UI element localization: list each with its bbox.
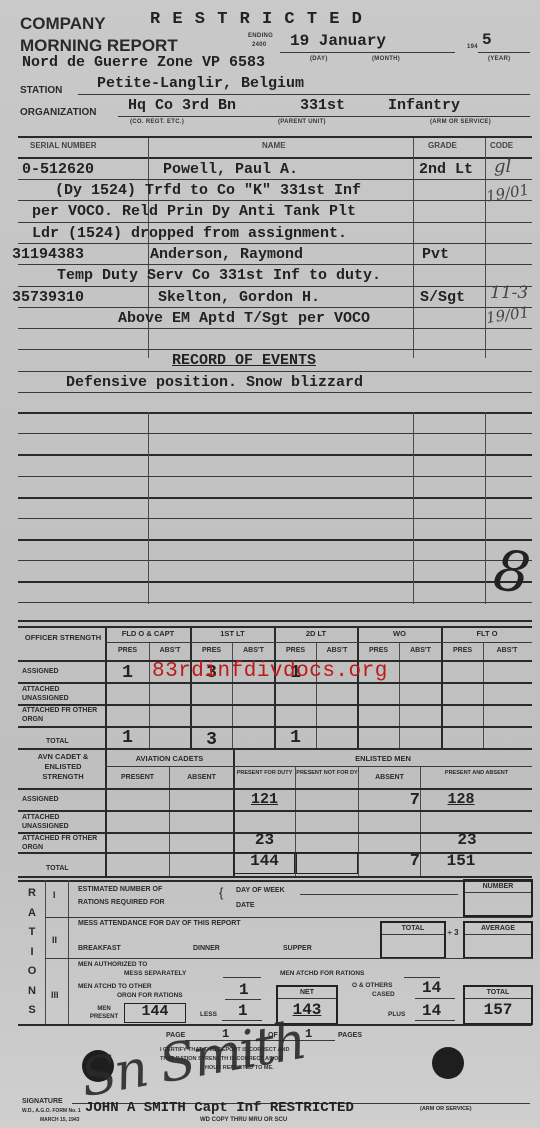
- net-box-rule: [278, 998, 336, 999]
- sub-abst: ABS'T: [233, 647, 274, 654]
- mess-total-rule: [382, 934, 444, 935]
- officer-col-divider: [483, 643, 484, 748]
- column-header-code: CODE: [490, 141, 513, 150]
- enlisted-row-rule: [18, 810, 532, 812]
- roster-code-handwritten: gl: [494, 156, 511, 177]
- roster-grade: 2nd Lt: [419, 161, 473, 178]
- number-box-rule: [465, 892, 531, 893]
- average-rule: [465, 934, 531, 935]
- men-atchd-for-rations-label: MEN ATCHD FOR RATIONS: [280, 970, 364, 977]
- enlisted-col-divider: [105, 748, 107, 876]
- sub-month: (MONTH): [372, 56, 400, 62]
- org-parent-unit: 331st: [300, 97, 345, 114]
- record-of-events-text: Defensive position. Snow blizzard: [66, 374, 363, 391]
- events-line: [18, 371, 532, 372]
- officer-group-2d-lt: 2D LT: [275, 629, 357, 638]
- em-total-not-duty-box: [296, 852, 358, 874]
- year-prefix: 194: [467, 44, 478, 50]
- rations-total-rule: [465, 998, 531, 999]
- enlisted-row-label: ATTACHED UNASSIGNED: [22, 813, 102, 831]
- location-coordinates: Nord de Guerre Zone VP 6583: [22, 54, 265, 71]
- rations-letter: R: [24, 884, 40, 904]
- rations-total-value: 157: [465, 1001, 531, 1019]
- roster-remark: Temp Duty Serv Co 331st Inf to duty.: [57, 267, 381, 284]
- officer-col-divider: [149, 643, 150, 748]
- section-rule: [45, 917, 532, 918]
- blank-line: [18, 602, 532, 603]
- blank-line: [18, 539, 532, 541]
- section-i-line2: RATIONS REQUIRED FOR: [78, 899, 165, 906]
- officer-col-divider: [399, 643, 400, 748]
- report-date: 19 January: [290, 32, 386, 50]
- roster-remark: per VOCO. Reld Prin Dy Anti Tank Plt: [32, 203, 356, 220]
- roster-grade: Pvt: [422, 246, 449, 263]
- enlisted-subheader-rule: [105, 766, 532, 767]
- sub-abst: ABS'T: [150, 647, 190, 654]
- organization-underline: [118, 116, 530, 117]
- officer-total-1stlt-pres: 3: [191, 730, 232, 750]
- form-date: MARCH 15, 1943: [40, 1117, 79, 1123]
- roster-serial: 31194383: [12, 246, 84, 263]
- plus-label: PLUS: [388, 1011, 405, 1018]
- roster-serial: 35739310: [12, 289, 84, 306]
- section-i-line1: ESTIMATED NUMBER OF: [78, 886, 162, 893]
- copy-routing-note: WD COPY THRU MRU OR SCU: [200, 1117, 287, 1123]
- plus-line: [415, 1020, 455, 1021]
- roster-top-rule: [18, 136, 532, 138]
- org-arm-service: Infantry: [388, 97, 460, 114]
- signer-name-typed: JOHN A SMITH Capt Inf RESTRICTED: [85, 1100, 354, 1116]
- rations-letter: N: [24, 982, 40, 1002]
- roster-name: Skelton, Gordon H.: [158, 289, 320, 306]
- roster-divider-grade: [485, 138, 486, 358]
- officer-row-label: ATTACHED UNASSIGNED: [22, 685, 102, 703]
- day-of-week-line: [300, 894, 458, 895]
- morning-report-form: COMPANY R E S T R I C T E D MORNING REPO…: [0, 0, 540, 1128]
- officer-strength-title: OFFICER STRENGTH: [24, 633, 102, 643]
- less-label: LESS: [200, 1011, 217, 1018]
- roster-remark: Ldr (1524) dropped from assignment.: [32, 225, 347, 242]
- station-label: STATION: [20, 85, 62, 96]
- rations-letter: S: [24, 1001, 40, 1021]
- sub-pres: PRES: [275, 647, 316, 654]
- roster-line: [18, 222, 532, 223]
- plus-value: 14: [422, 1002, 441, 1020]
- roster-header-rule: [18, 157, 532, 159]
- form-number: W.D., A.G.O. FORM No. 1: [22, 1108, 81, 1114]
- enlisted-strength-title: AVN CADET & ENLISTED STRENGTH: [24, 752, 102, 782]
- rations-letter: I: [24, 943, 40, 963]
- sub-parent-unit: (PARENT UNIT): [278, 119, 326, 125]
- blank-line: [18, 476, 532, 477]
- supper-label: SUPPER: [283, 945, 312, 952]
- enlisted-row-rule: [18, 788, 532, 790]
- roster-line: [18, 286, 532, 287]
- enlisted-row-label: ATTACHED FR OTHER ORGN: [22, 834, 102, 852]
- sub-day: (DAY): [310, 56, 328, 62]
- sub-arm-service: (ARM OR SERVICE): [430, 119, 491, 125]
- sub-abst: ABS'T: [400, 647, 441, 654]
- dinner-label: DINNER: [193, 945, 220, 952]
- col-em-present-for-duty: PRESENT FOR DUTY: [234, 769, 295, 777]
- record-of-events-title: RECORD OF EVENTS: [172, 352, 316, 369]
- officer-row-label: TOTAL: [46, 738, 69, 745]
- officer-col-divider: [357, 626, 359, 748]
- blank-line: [18, 518, 532, 519]
- em-total-present-duty: 144: [234, 852, 295, 870]
- column-header-serial: SERIAL NUMBER: [30, 141, 97, 150]
- roster-line: [18, 264, 532, 265]
- blank-line: [18, 454, 532, 456]
- handwritten-margin-mark: 8: [490, 538, 534, 607]
- blank-line: [18, 412, 532, 414]
- divide-by-three: ÷ 3: [447, 928, 459, 938]
- officer-row-label: ATTACHED FR OTHER ORGN: [22, 706, 102, 724]
- roster-line: [18, 243, 532, 244]
- roster-name: Anderson, Raymond: [150, 246, 303, 263]
- orgn-for-rations-label: ORGN FOR RATIONS: [117, 992, 183, 999]
- form-title-company: COMPANY: [20, 14, 106, 34]
- mess-separately-label: MESS SEPARATELY: [124, 970, 186, 977]
- cased-label: CASED: [372, 991, 395, 998]
- roster-line: [18, 328, 532, 329]
- rations-top: [18, 880, 532, 882]
- blank-divider: [413, 412, 414, 604]
- roster-code-handwritten: 11-3: [490, 283, 528, 303]
- o-others-line: [415, 998, 455, 999]
- roster-line: [18, 179, 532, 180]
- group-aviation-cadets: AVIATION CADETS: [106, 754, 233, 763]
- section-i-numeral: I: [53, 890, 56, 900]
- net-label: NET: [278, 989, 336, 996]
- blank-divider: [148, 412, 149, 604]
- col-avn-absent: ABSENT: [170, 774, 233, 781]
- men-present-value: 144: [126, 1003, 184, 1020]
- section-ii-numeral: II: [52, 935, 57, 945]
- sub-year: (YEAR): [488, 56, 510, 62]
- sub-pres: PRES: [358, 647, 399, 654]
- col-em-present-not-for-duty: PRESENT NOT FOR DY: [296, 769, 358, 777]
- number-label: NUMBER: [465, 883, 531, 890]
- roster-code-date-note: 19/01: [485, 180, 531, 205]
- officer-subheader-rule: [105, 642, 532, 643]
- group-enlisted-men: ENLISTED MEN: [234, 754, 532, 763]
- blank-line: [18, 581, 532, 583]
- enlisted-row-label: ASSIGNED: [22, 796, 59, 803]
- officer-col-divider: [316, 643, 317, 748]
- atchd-other-line: [225, 999, 261, 1000]
- year-underline: [478, 52, 530, 53]
- col-em-present-and-absent: PRESENT AND ABSENT: [421, 769, 532, 777]
- roster-name: Powell, Paul A.: [163, 161, 298, 178]
- mess-attendance-title: MESS ATTENDANCE FOR DAY OF THIS REPORT: [78, 920, 241, 927]
- blank-divider: [485, 412, 486, 604]
- signature-label: SIGNATURE: [22, 1098, 63, 1105]
- roster-line: [18, 349, 532, 350]
- em-total-grand: 151: [421, 852, 501, 870]
- section-iii-numeral: III: [51, 990, 59, 1000]
- pages-label: PAGES: [338, 1032, 362, 1039]
- sub-co-regt: (CO. REGT. ETC.): [130, 119, 184, 125]
- officer-assigned-fld-pres: 1: [106, 663, 149, 683]
- roster-line: [18, 200, 532, 201]
- org-company: Hq Co 3rd Bn: [128, 97, 236, 114]
- enlisted-col-divider: [169, 767, 170, 876]
- arm-service-label: (ARM OR SERVICE): [420, 1106, 472, 1112]
- men-atchd-other-label: MEN ATCHD TO OTHER: [78, 983, 152, 990]
- em-assigned-absent: 7: [359, 791, 420, 810]
- sub-abst: ABS'T: [317, 647, 357, 654]
- mess-total-label: TOTAL: [382, 925, 444, 932]
- section-rule: [45, 958, 532, 959]
- rations-letter: O: [24, 962, 40, 982]
- sub-pres: PRES: [191, 647, 232, 654]
- sub-pres: PRES: [106, 647, 149, 654]
- sub-pres: PRES: [442, 647, 483, 654]
- col-em-absent: ABSENT: [359, 774, 420, 781]
- report-year-digit: 5: [482, 31, 492, 49]
- ending-label: ENDING: [248, 33, 273, 39]
- form-title-morning-report: MORNING REPORT: [20, 36, 178, 56]
- date-label: DATE: [236, 902, 255, 909]
- officer-group-wo: WO: [358, 629, 441, 638]
- organization-label: ORGANIZATION: [20, 107, 96, 118]
- column-header-name: NAME: [262, 141, 286, 150]
- roster-serial: 0-512620: [22, 161, 94, 178]
- rations-letter: A: [24, 904, 40, 924]
- day-of-week-label: DAY OF WEEK: [236, 887, 285, 894]
- officer-group-fld-capt: FLD O & CAPT: [106, 629, 190, 638]
- atchd-for-rations-line: [404, 977, 440, 978]
- o-others-value: 14: [422, 979, 441, 997]
- col-avn-present: PRESENT: [106, 774, 169, 781]
- officer-group-1st-lt: 1ST LT: [191, 629, 274, 638]
- men-present-label: MEN PRESENT: [84, 1005, 124, 1021]
- officer-col-divider: [232, 643, 233, 748]
- rations-side-label: R A T I O N S: [24, 884, 40, 1021]
- binder-hole-right: [432, 1047, 464, 1079]
- officer-table-bottom: [18, 748, 532, 750]
- restricted-stamp: R E S T R I C T E D: [150, 10, 363, 29]
- blank-line: [18, 560, 532, 561]
- average-label: AVERAGE: [465, 925, 531, 932]
- ending-time: 2400: [252, 42, 267, 48]
- officer-group-flt-o: FLT O: [442, 629, 532, 638]
- events-line: [18, 392, 532, 393]
- station-underline: [78, 94, 530, 95]
- of-value: 1: [305, 1027, 312, 1041]
- website-watermark: 83rdinfdivdocs.org: [152, 660, 388, 683]
- officer-col-divider: [441, 626, 443, 748]
- officer-total-fld-pres: 1: [106, 728, 149, 748]
- enlisted-row-label: TOTAL: [46, 865, 69, 872]
- roster-remark: Above EM Aptd T/Sgt per VOCO: [118, 310, 370, 327]
- rations-divider: [68, 880, 69, 1024]
- roster-remark: (Dy 1524) Trfd to Co "K" 331st Inf: [55, 182, 361, 199]
- em-attached-present-duty: 23: [234, 831, 295, 849]
- em-attached-total: 23: [421, 831, 513, 849]
- roster-grade: S/Sgt: [420, 289, 465, 306]
- rations-divider: [45, 880, 46, 1024]
- rations-letter: T: [24, 923, 40, 943]
- date-underline: [280, 52, 455, 53]
- em-total-absent: 7: [359, 852, 420, 871]
- section-i-brace: {: [219, 885, 223, 900]
- roster-divider-name: [413, 138, 414, 358]
- roster-line: [18, 307, 532, 308]
- men-authorized-label: MEN AUTHORIZED TO: [78, 961, 147, 968]
- blank-line: [18, 497, 532, 499]
- blank-line: [18, 433, 532, 434]
- officer-total-2dlt-pres: 1: [275, 728, 316, 748]
- men-atchd-other-value: 1: [239, 981, 249, 999]
- mess-separately-line: [223, 977, 261, 978]
- officer-table-top: [18, 620, 532, 622]
- o-others-label: O & OTHERS: [352, 982, 392, 989]
- em-assigned-present-duty: 121: [234, 791, 295, 808]
- station-value: Petite-Langlir, Belgium: [97, 75, 304, 92]
- officer-row-label: ASSIGNED: [22, 668, 59, 675]
- rations-total-label: TOTAL: [465, 989, 531, 996]
- column-header-grade: GRADE: [428, 141, 457, 150]
- enlisted-table-bottom: [18, 876, 532, 878]
- breakfast-label: BREAKFAST: [78, 945, 121, 952]
- sub-abst: ABS'T: [484, 647, 530, 654]
- em-assigned-total: 128: [421, 791, 501, 808]
- less-value: 1: [238, 1002, 248, 1020]
